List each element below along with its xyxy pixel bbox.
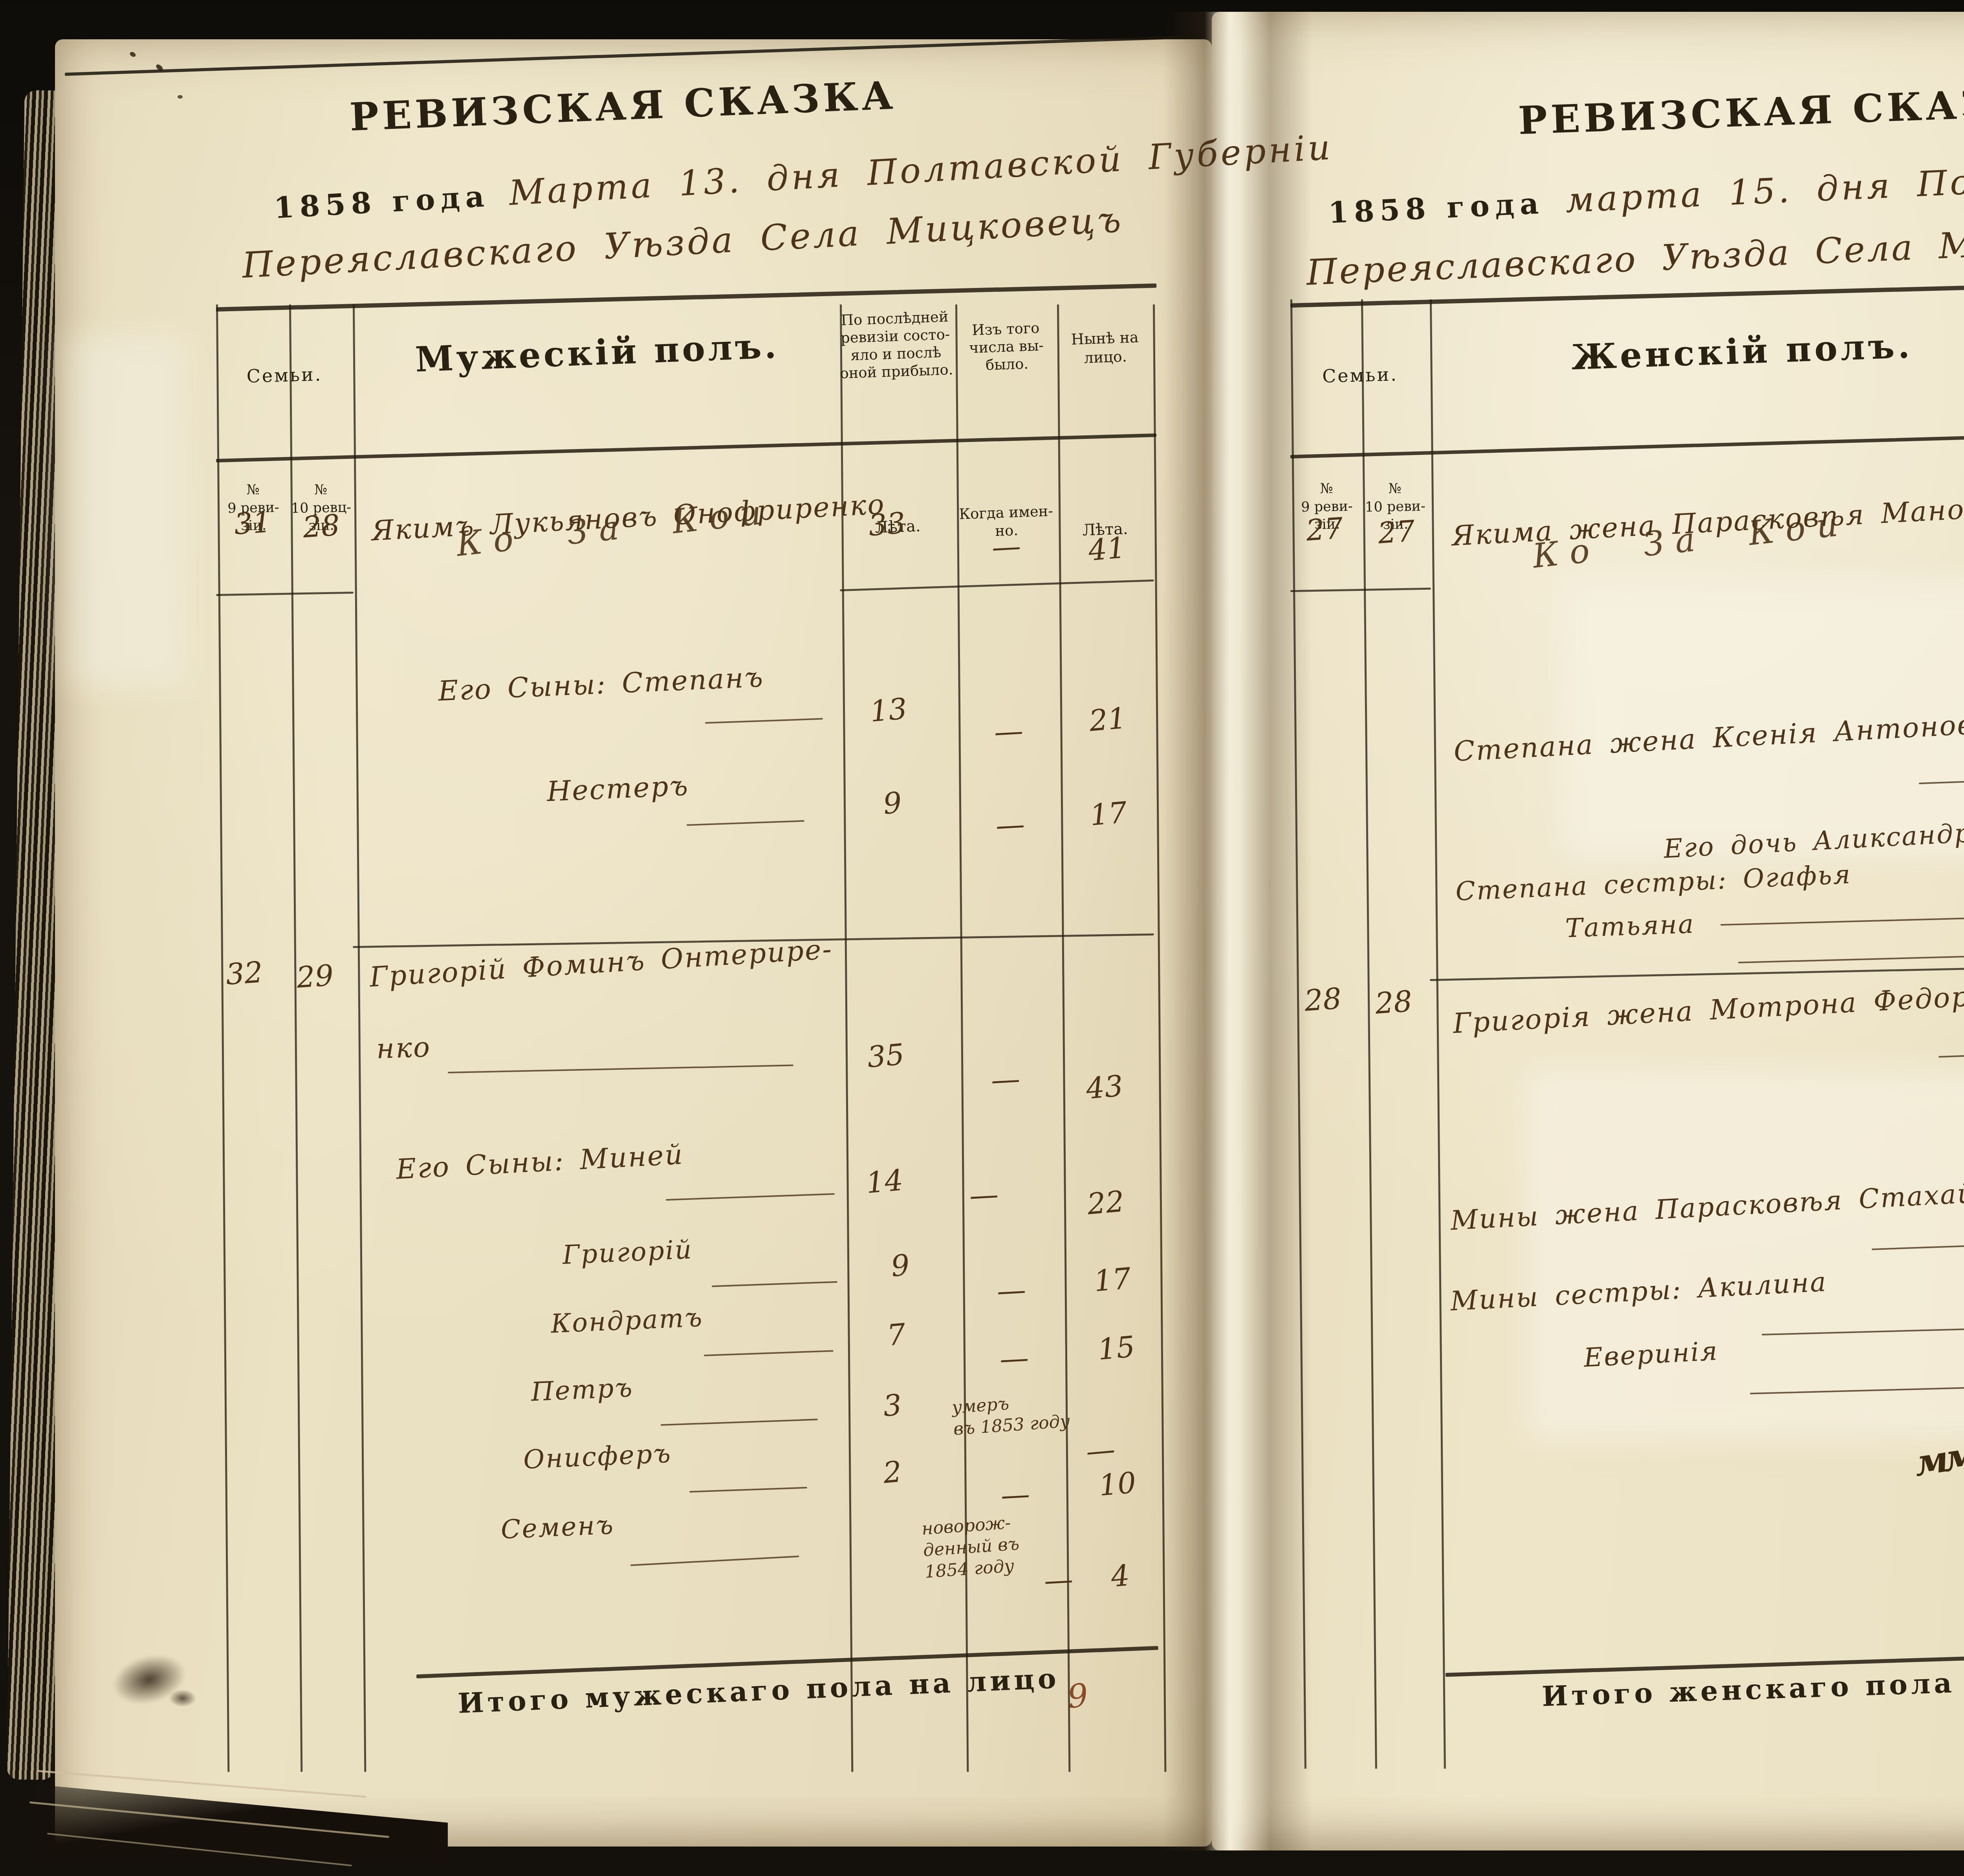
archival-scan: 83 832 490 РЕВИЗСКАЯ СКАЗКА 1858 года Ма…	[0, 0, 1964, 1876]
row-age-now: 15	[1096, 1329, 1136, 1368]
row-age-prev: 13	[868, 691, 909, 730]
row-when-left: —	[1043, 1561, 1074, 1599]
row-person-name: Петръ	[530, 1372, 634, 1408]
row-age-now: 17	[1088, 794, 1129, 834]
row-rev10-number: 29	[295, 957, 335, 996]
pale-streak	[67, 334, 185, 688]
row-when-left: —	[996, 1272, 1027, 1309]
row-when-left: —	[1000, 1476, 1031, 1514]
row-when-left: —	[991, 528, 1022, 566]
row-rev10-number: 27	[1377, 513, 1416, 552]
row-person-name: Нестеръ	[546, 768, 689, 809]
row-person-name: Григорій	[562, 1234, 693, 1272]
ink-smudge	[169, 1689, 196, 1707]
row-when-left: —	[969, 1176, 1000, 1214]
row-age-prev: 3	[882, 1387, 903, 1425]
row-person-name: Семенъ	[500, 1509, 615, 1546]
row-when-left: —	[999, 1340, 1030, 1377]
row-age-prev: 9	[890, 1247, 911, 1285]
row-age-now: 4	[1110, 1557, 1131, 1595]
row-age-now: 21	[1088, 700, 1128, 739]
header-col-prev: По послѣдней ревизіи состо- яло и послѣ …	[834, 308, 958, 383]
row-age-prev: 14	[865, 1162, 905, 1201]
book-gutter	[1163, 12, 1312, 1850]
row-age-prev: 7	[886, 1316, 907, 1354]
row-person-name-wrap: нко	[376, 1030, 432, 1066]
row-age-now: 17	[1092, 1260, 1132, 1300]
erasure-patch	[1524, 1069, 1964, 1442]
row-age-prev: 2	[882, 1454, 903, 1491]
header-col-now: Нынѣ на лицо.	[1056, 328, 1154, 368]
row-rev9-number: 28	[1303, 981, 1343, 1020]
row-person-name: Кондратъ	[550, 1301, 704, 1340]
row-person-name: Татьяна	[1565, 908, 1695, 945]
header-family: Семьи.	[1290, 363, 1430, 387]
header-col-out: Изъ того числа вы- было.	[955, 319, 1059, 375]
row-age-prev: новорож- денный въ 1854 году	[921, 1511, 1022, 1583]
header-family: Семьи.	[216, 363, 353, 387]
row-rev9-number: 27	[1305, 510, 1344, 549]
row-rev10-number: 28	[1374, 983, 1413, 1022]
row-age-now: 22	[1086, 1183, 1126, 1223]
row-age-now: 43	[1085, 1068, 1125, 1107]
row-age-prev: 9	[882, 785, 903, 822]
row-rev10-number: 28	[302, 507, 341, 546]
row-age-now: 10	[1097, 1465, 1138, 1504]
row-when-left: умеръ въ 1853 году	[951, 1389, 1071, 1440]
row-when-left: —	[990, 1061, 1021, 1098]
row-rev9-number: 31	[233, 504, 272, 543]
row-person-name: Онисферъ	[522, 1438, 672, 1476]
row-age-prev: 35	[866, 1036, 906, 1076]
row-rev9-number: 32	[225, 954, 264, 993]
row-when-left: —	[995, 806, 1026, 844]
row-age-now: —	[1085, 1431, 1117, 1470]
row-when-left: —	[993, 713, 1024, 750]
row-age-now: 41	[1087, 530, 1127, 569]
ink-speck	[178, 95, 183, 99]
row-age-prev: 33	[867, 505, 907, 544]
